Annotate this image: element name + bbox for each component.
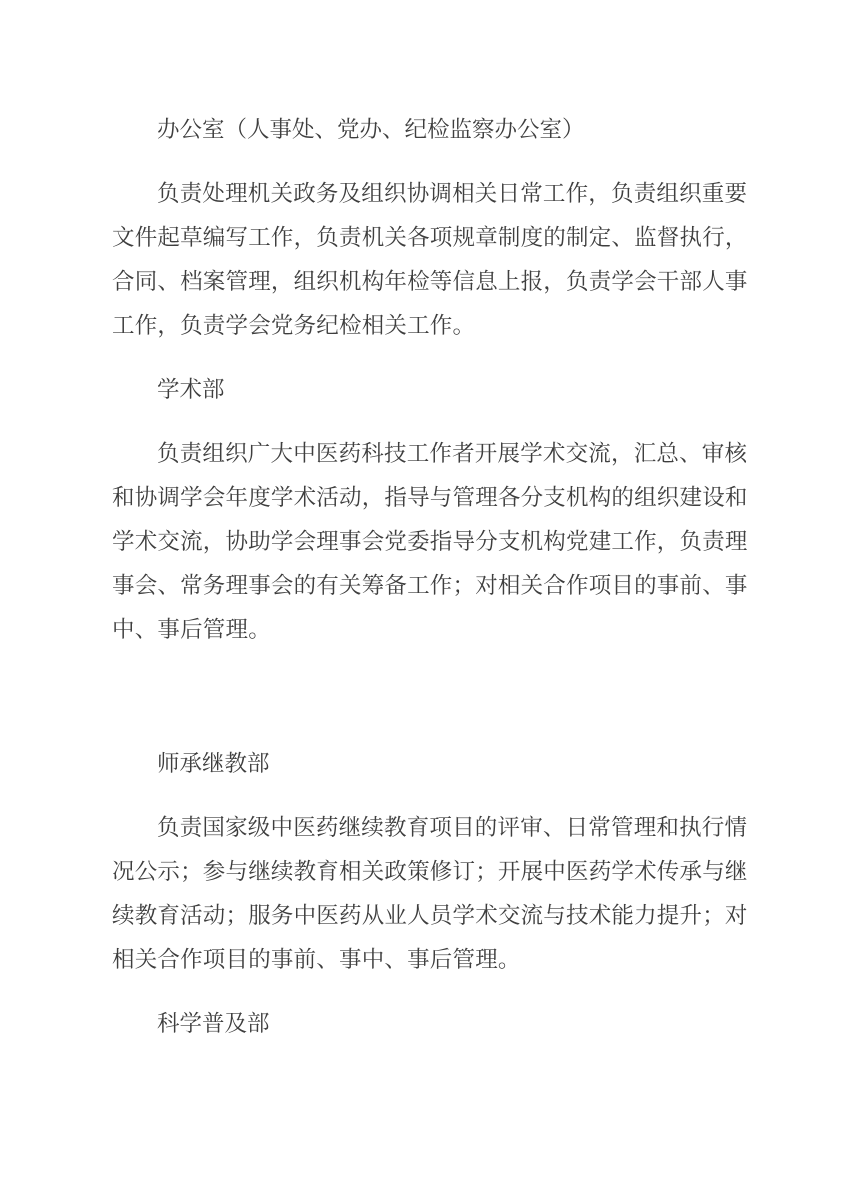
section-academic-heading: 学术部 (112, 368, 742, 412)
section-office: 办公室（人事处、党办、纪检监察办公室） 负责处理机关政务及组织协调相关日常工作，… (112, 108, 742, 348)
paragraph-line: 合同、档案管理，组织机构年检等信息上报，负责学会干部人事 (112, 260, 742, 304)
section-mentorship-education-paragraph: 负责国家级中医药继续教育项目的评审、日常管理和执行情 况公示；参与继续教育相关政… (112, 806, 742, 982)
paragraph-line: 负责组织广大中医药科技工作者开展学术交流，汇总、审核 (112, 432, 742, 476)
document-page: 办公室（人事处、党办、纪检监察办公室） 负责处理机关政务及组织协调相关日常工作，… (0, 0, 849, 1200)
paragraph-line: 和协调学会年度学术活动，指导与管理各分支机构的组织建设和 (112, 476, 742, 520)
paragraph-line: 文件起草编写工作，负责机关各项规章制度的制定、监督执行， (112, 216, 742, 260)
section-mentorship-education: 师承继教部 负责国家级中医药继续教育项目的评审、日常管理和执行情 况公示；参与继… (112, 742, 742, 982)
paragraph-line: 学术交流，协助学会理事会党委指导分支机构党建工作，负责理 (112, 520, 742, 564)
paragraph-line: 负责处理机关政务及组织协调相关日常工作，负责组织重要 (112, 172, 742, 216)
paragraph-line: 负责国家级中医药继续教育项目的评审、日常管理和执行情 (112, 806, 742, 850)
section-office-heading: 办公室（人事处、党办、纪检监察办公室） (112, 108, 742, 152)
section-mentorship-education-heading: 师承继教部 (112, 742, 742, 786)
paragraph-line: 相关合作项目的事前、事中、事后管理。 (112, 938, 742, 982)
section-office-paragraph: 负责处理机关政务及组织协调相关日常工作，负责组织重要 文件起草编写工作，负责机关… (112, 172, 742, 348)
document-content: 办公室（人事处、党办、纪检监察办公室） 负责处理机关政务及组织协调相关日常工作，… (112, 108, 742, 1046)
section-science-popularization: 科学普及部 (112, 1002, 742, 1046)
paragraph-line: 续教育活动；服务中医药从业人员学术交流与技术能力提升；对 (112, 894, 742, 938)
paragraph-line: 况公示；参与继续教育相关政策修订；开展中医药学术传承与继 (112, 850, 742, 894)
paragraph-line: 工作，负责学会党务纪检相关工作。 (112, 304, 742, 348)
paragraph-line: 中、事后管理。 (112, 608, 742, 652)
section-science-popularization-heading: 科学普及部 (112, 1002, 742, 1046)
section-academic: 学术部 负责组织广大中医药科技工作者开展学术交流，汇总、审核 和协调学会年度学术… (112, 368, 742, 652)
paragraph-line: 事会、常务理事会的有关筹备工作；对相关合作项目的事前、事 (112, 564, 742, 608)
section-academic-paragraph: 负责组织广大中医药科技工作者开展学术交流，汇总、审核 和协调学会年度学术活动，指… (112, 432, 742, 652)
